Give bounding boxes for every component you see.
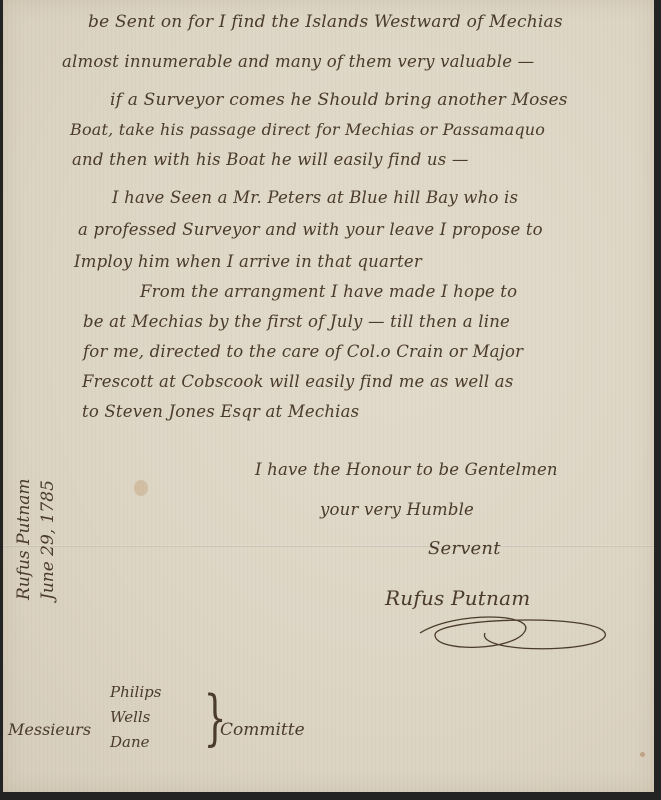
margin-docket: Rufus Putnam June 29, 1785 — [12, 478, 60, 600]
paper-spot — [640, 752, 645, 757]
letter-line-12: Frescott at Cobscook will easily find me… — [82, 372, 514, 391]
addressee-name: Dane — [110, 730, 161, 755]
closing-line-3: Servent — [428, 538, 501, 559]
letter-line-5: and then with his Boat he will easily fi… — [72, 150, 469, 169]
ink-stain — [134, 480, 148, 496]
letter-line-9: From the arrangment I have made I hope t… — [140, 282, 517, 301]
letter-line-1: be Sent on for I find the Islands Westwa… — [88, 12, 563, 32]
signature: Rufus Putnam — [385, 586, 530, 610]
letter-line-8: Imploy him when I arrive in that quarter — [74, 252, 422, 271]
letter-line-13: to Steven Jones Esqr at Mechias — [82, 402, 359, 421]
addressee-title: Messieurs — [8, 720, 91, 739]
addressee-name: Wells — [110, 705, 161, 730]
letter-line-3: if a Surveyor comes he Should bring anot… — [110, 90, 568, 110]
letter-line-4: Boat, take his passage direct for Mechia… — [70, 120, 545, 139]
paper-fold-line — [3, 545, 654, 547]
closing-line-2: your very Humble — [320, 500, 474, 519]
signature-flourish-icon — [415, 613, 615, 663]
addressee-name: Philips — [110, 680, 161, 705]
letter-line-2: almost innumerable and many of them very… — [62, 52, 534, 71]
addressee-names: Philips Wells Dane — [110, 680, 161, 755]
letter-line-6: I have Seen a Mr. Peters at Blue hill Ba… — [112, 188, 518, 207]
docket-date: June 29, 1785 — [36, 478, 60, 600]
docket-name: Rufus Putnam — [12, 478, 36, 600]
letter-line-10: be at Mechias by the first of July — til… — [83, 312, 510, 331]
letter-line-11: for me, directed to the care of Col.o Cr… — [83, 342, 523, 361]
addressee-role: Committe — [220, 720, 305, 740]
letter-line-7: a professed Surveyor and with your leave… — [78, 220, 543, 239]
closing-line-1: I have the Honour to be Gentelmen — [255, 460, 558, 479]
manuscript-page — [3, 0, 654, 792]
